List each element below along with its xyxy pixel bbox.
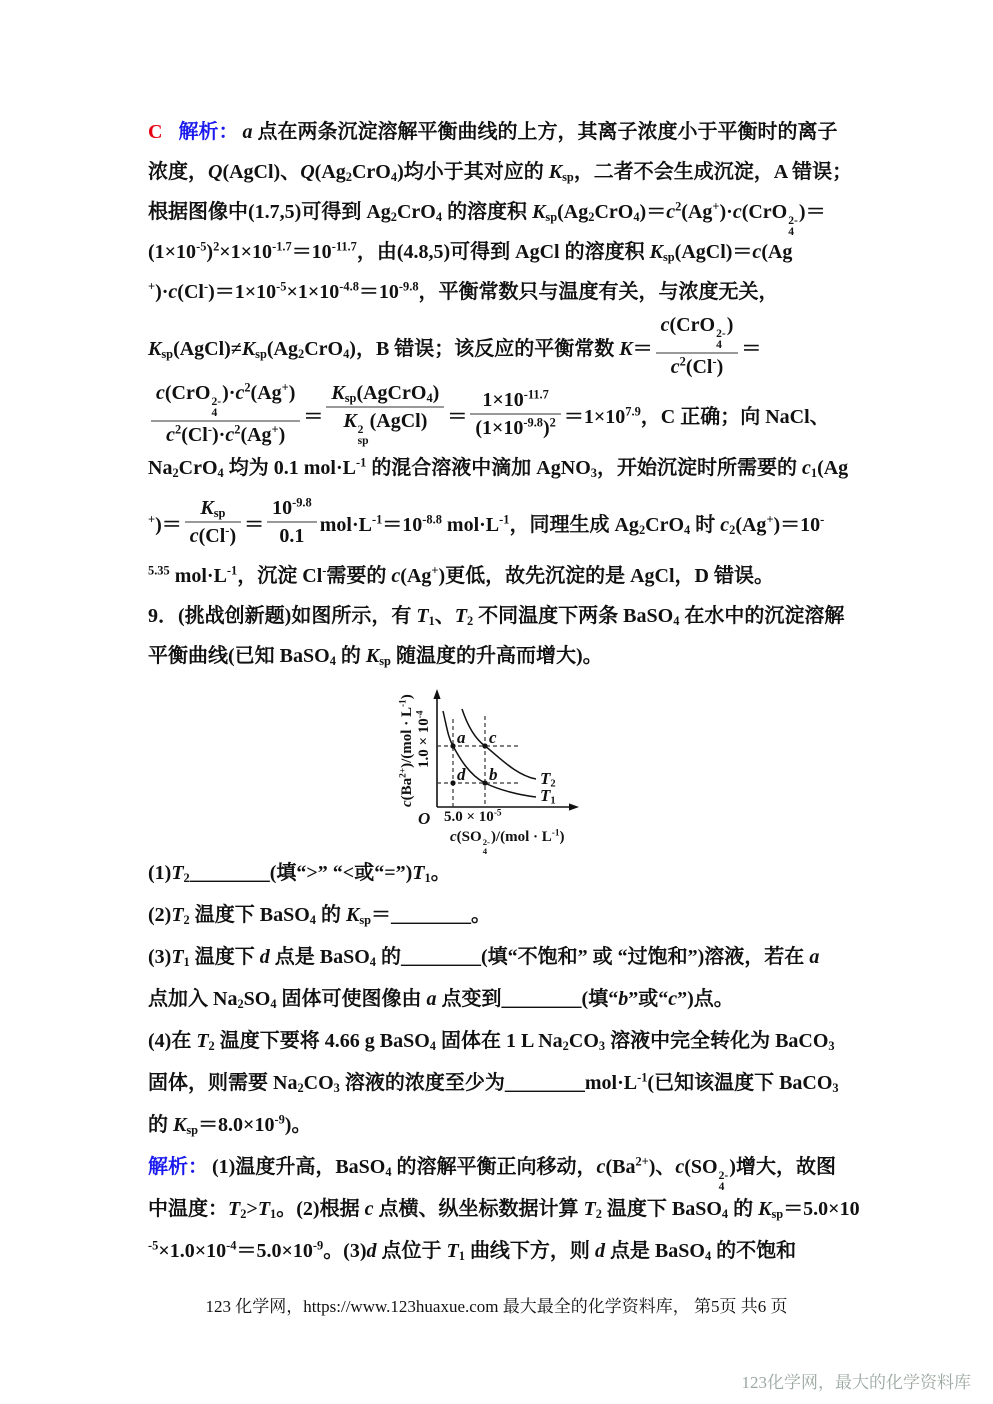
text-line: 解析：(1)温度升高，BaSO4 的溶解平衡正向移动，c(Ba2+)、c(SO2… (148, 1146, 878, 1188)
text-run: 的 Ksp＝8.0×10-9)。 (148, 1114, 311, 1136)
text-run: mol·L-1＝10-8.8 mol·L-1，同理生成 Ag2CrO4 时 c2… (320, 508, 825, 537)
text-run: ＝ (741, 332, 761, 361)
text-run: 固体，则需要 Na2CO3 溶液的浓度至少为________mol·L-1(已知… (148, 1072, 839, 1094)
text-run: ＝ (447, 400, 467, 429)
analysis-label: 解析： (148, 1156, 208, 1178)
text-line: 点加入 Na2SO4 固体可使图像由 a 点变到________(填“b”或“c… (148, 978, 878, 1020)
analysis-label: 解析： (178, 121, 238, 143)
point-a-label: a (457, 729, 466, 746)
text-line: (4)在 T2 温度下要将 4.66 g BaSO4 固体在 1 L Na2CO… (148, 1020, 878, 1062)
fraction: 1×10-11.7(1×10-9.8)2 (470, 388, 561, 440)
text-line: -5×1.0×10-4＝5.0×10-9。(3)d 点位于 T1 曲线下方，则 … (148, 1230, 878, 1272)
text-run: 浓度，Q(AgCl)、Q(Ag2CrO4)均小于其对应的 Ksp，二者不会生成沉… (148, 161, 852, 183)
curve-t1-label: T1 (540, 787, 556, 804)
text-run: (2)T2 温度下 BaSO4 的 Ksp＝________。 (148, 904, 491, 926)
text-run: 9．(挑战创新题)如图所示，有 T1、T2 不同温度下两条 BaSO4 在水中的… (148, 605, 844, 627)
text-line: 中温度：T2>T1。(2)根据 c 点横、纵坐标数据计算 T2 温度下 BaSO… (148, 1188, 878, 1230)
chart-canvas (388, 686, 688, 850)
text-line: Na2CrO4 均为 0.1 mol·L-1 的混合溶液中滴加 AgNO3，开始… (148, 448, 878, 488)
point-b (482, 780, 487, 785)
curve-t2 (462, 709, 536, 779)
text-run: (1)T2________(填“>” “<或“=”)T1。 (148, 862, 451, 884)
fraction: c(CrO2-4)·c2(Ag+)c2(Cl-)·c2(Ag+) (151, 381, 300, 447)
y-axis-label: c(Ba2+)/(mol · L-1) (400, 695, 415, 807)
text-line: Ksp(AgCl)≠Ksp(Ag2CrO4)，B 错误；该反应的平衡常数 K＝c… (148, 312, 878, 380)
text-line: 5.35 mol·L-1，沉淀 Cl-需要的 c(Ag+)更低，故先沉淀的是 A… (148, 556, 878, 596)
text-run: 5.35 mol·L-1，沉淀 Cl-需要的 c(Ag+)更低，故先沉淀的是 A… (148, 565, 774, 587)
fraction: Ksp(AgCrO4)K2sp(AgCl) (326, 381, 444, 447)
text-line: 根据图像中(1.7,5)可得到 Ag2CrO4 的溶度积 Ksp(Ag2CrO4… (148, 192, 878, 232)
fraction: c(CrO2-4)c2(Cl-) (656, 313, 739, 379)
text-line: (1×10-5)2×1×10-1.7＝10-11.7，由(4.8,5)可得到 A… (148, 232, 878, 272)
text-line: 9．(挑战创新题)如图所示，有 T1、T2 不同温度下两条 BaSO4 在水中的… (148, 596, 878, 636)
text-run: 平衡曲线(已知 BaSO4 的 Ksp 随温度的升高而增大)。 (148, 645, 603, 667)
document-page: C解析：a 点在两条沉淀溶解平衡曲线的上方，其离子浓度小于平衡时的离子浓度，Q(… (0, 0, 993, 1404)
y-axis-arrow (433, 689, 440, 699)
page-footer: 123 化学网，https://www.123huaxue.com 最大最全的化… (0, 1292, 993, 1317)
text-line: (3)T1 温度下 d 点是 BaSO4 的________(填“不饱和” 或 … (148, 936, 878, 978)
text-run: Na2CrO4 均为 0.1 mol·L-1 的混合溶液中滴加 AgNO3，开始… (148, 457, 848, 479)
text-run: 点加入 Na2SO4 固体可使图像由 a 点变到________(填“b”或“c… (148, 988, 734, 1010)
text-run: ＝ (244, 508, 264, 537)
text-run: ＝ (303, 400, 323, 429)
y-axis-tick: 1.0 × 10-4 (417, 716, 432, 768)
text-run: (1×10-5)2×1×10-1.7＝10-11.7，由(4.8,5)可得到 A… (148, 241, 792, 263)
solution-text-block: C解析：a 点在两条沉淀溶解平衡曲线的上方，其离子浓度小于平衡时的离子浓度，Q(… (148, 112, 878, 676)
text-run: +)·c(Cl-)＝1×10-5×1×10-4.8＝10-9.8，平衡常数只与温… (148, 281, 779, 303)
text-line: +)＝Kspc(Cl-)＝10-9.80.1 mol·L-1＝10-8.8 mo… (148, 488, 878, 556)
point-d-label: d (457, 766, 466, 783)
text-line: 浓度，Q(AgCl)、Q(Ag2CrO4)均小于其对应的 Ksp，二者不会生成沉… (148, 152, 878, 192)
point-c (482, 743, 487, 748)
text-run: 根据图像中(1.7,5)可得到 Ag2CrO4 的溶度积 Ksp(Ag2CrO4… (148, 201, 826, 223)
text-line: 固体，则需要 Na2CO3 溶液的浓度至少为________mol·L-1(已知… (148, 1062, 878, 1104)
text-run: (1)温度升高，BaSO4 的溶解平衡正向移动，c(Ba2+)、c(SO2-4)… (212, 1156, 836, 1178)
text-run: ＝1×107.9，C 正确；向 NaCl、 (564, 400, 830, 429)
x-axis-arrow (569, 803, 579, 810)
point-a (450, 743, 455, 748)
fraction: Kspc(Cl-) (185, 496, 241, 548)
point-d (450, 780, 455, 785)
text-run: (4)在 T2 温度下要将 4.66 g BaSO4 固体在 1 L Na2CO… (148, 1030, 835, 1052)
text-run: +)＝ (148, 508, 182, 537)
text-run: Ksp(AgCl)≠Ksp(Ag2CrO4)，B 错误；该反应的平衡常数 K＝ (148, 332, 653, 361)
x-axis-tick: 5.0 × 10-5 (444, 810, 502, 825)
question-text-block: (1)T2________(填“>” “<或“=”)T1。(2)T2 温度下 B… (148, 852, 878, 1272)
text-run: 中温度：T2>T1。(2)根据 c 点横、纵坐标数据计算 T2 温度下 BaSO… (148, 1198, 860, 1220)
text-line: c(CrO2-4)·c2(Ag+)c2(Cl-)·c2(Ag+)＝Ksp(AgC… (148, 380, 878, 448)
text-line: (1)T2________(填“>” “<或“=”)T1。 (148, 852, 878, 894)
text-run: a 点在两条沉淀溶解平衡曲线的上方，其离子浓度小于平衡时的离子 (242, 121, 837, 143)
answer-letter: C (148, 121, 162, 143)
curve-t1 (443, 711, 536, 797)
text-line: +)·c(Cl-)＝1×10-5×1×10-4.8＝10-9.8，平衡常数只与温… (148, 272, 878, 312)
text-line: 的 Ksp＝8.0×10-9)。 (148, 1104, 878, 1146)
text-run: -5×1.0×10-4＝5.0×10-9。(3)d 点位于 T1 曲线下方，则 … (148, 1240, 796, 1262)
text-run: (3)T1 温度下 d 点是 BaSO4 的________(填“不饱和” 或 … (148, 946, 819, 968)
point-c-label: c (489, 729, 497, 746)
origin-label: O (418, 810, 430, 827)
curve-t2-label: T2 (540, 770, 556, 787)
watermark: 123化学网，最大的化学资料库 (742, 1368, 972, 1393)
text-line: (2)T2 温度下 BaSO4 的 Ksp＝________。 (148, 894, 878, 936)
text-line: C解析：a 点在两条沉淀溶解平衡曲线的上方，其离子浓度小于平衡时的离子 (148, 112, 878, 152)
fraction: 10-9.80.1 (267, 496, 317, 548)
text-line: 平衡曲线(已知 BaSO4 的 Ksp 随温度的升高而增大)。 (148, 636, 878, 676)
equilibrium-chart: c(Ba2+)/(mol · L-1) 1.0 × 10-4 O 5.0 × 1… (388, 686, 688, 850)
point-b-label: b (489, 766, 498, 783)
